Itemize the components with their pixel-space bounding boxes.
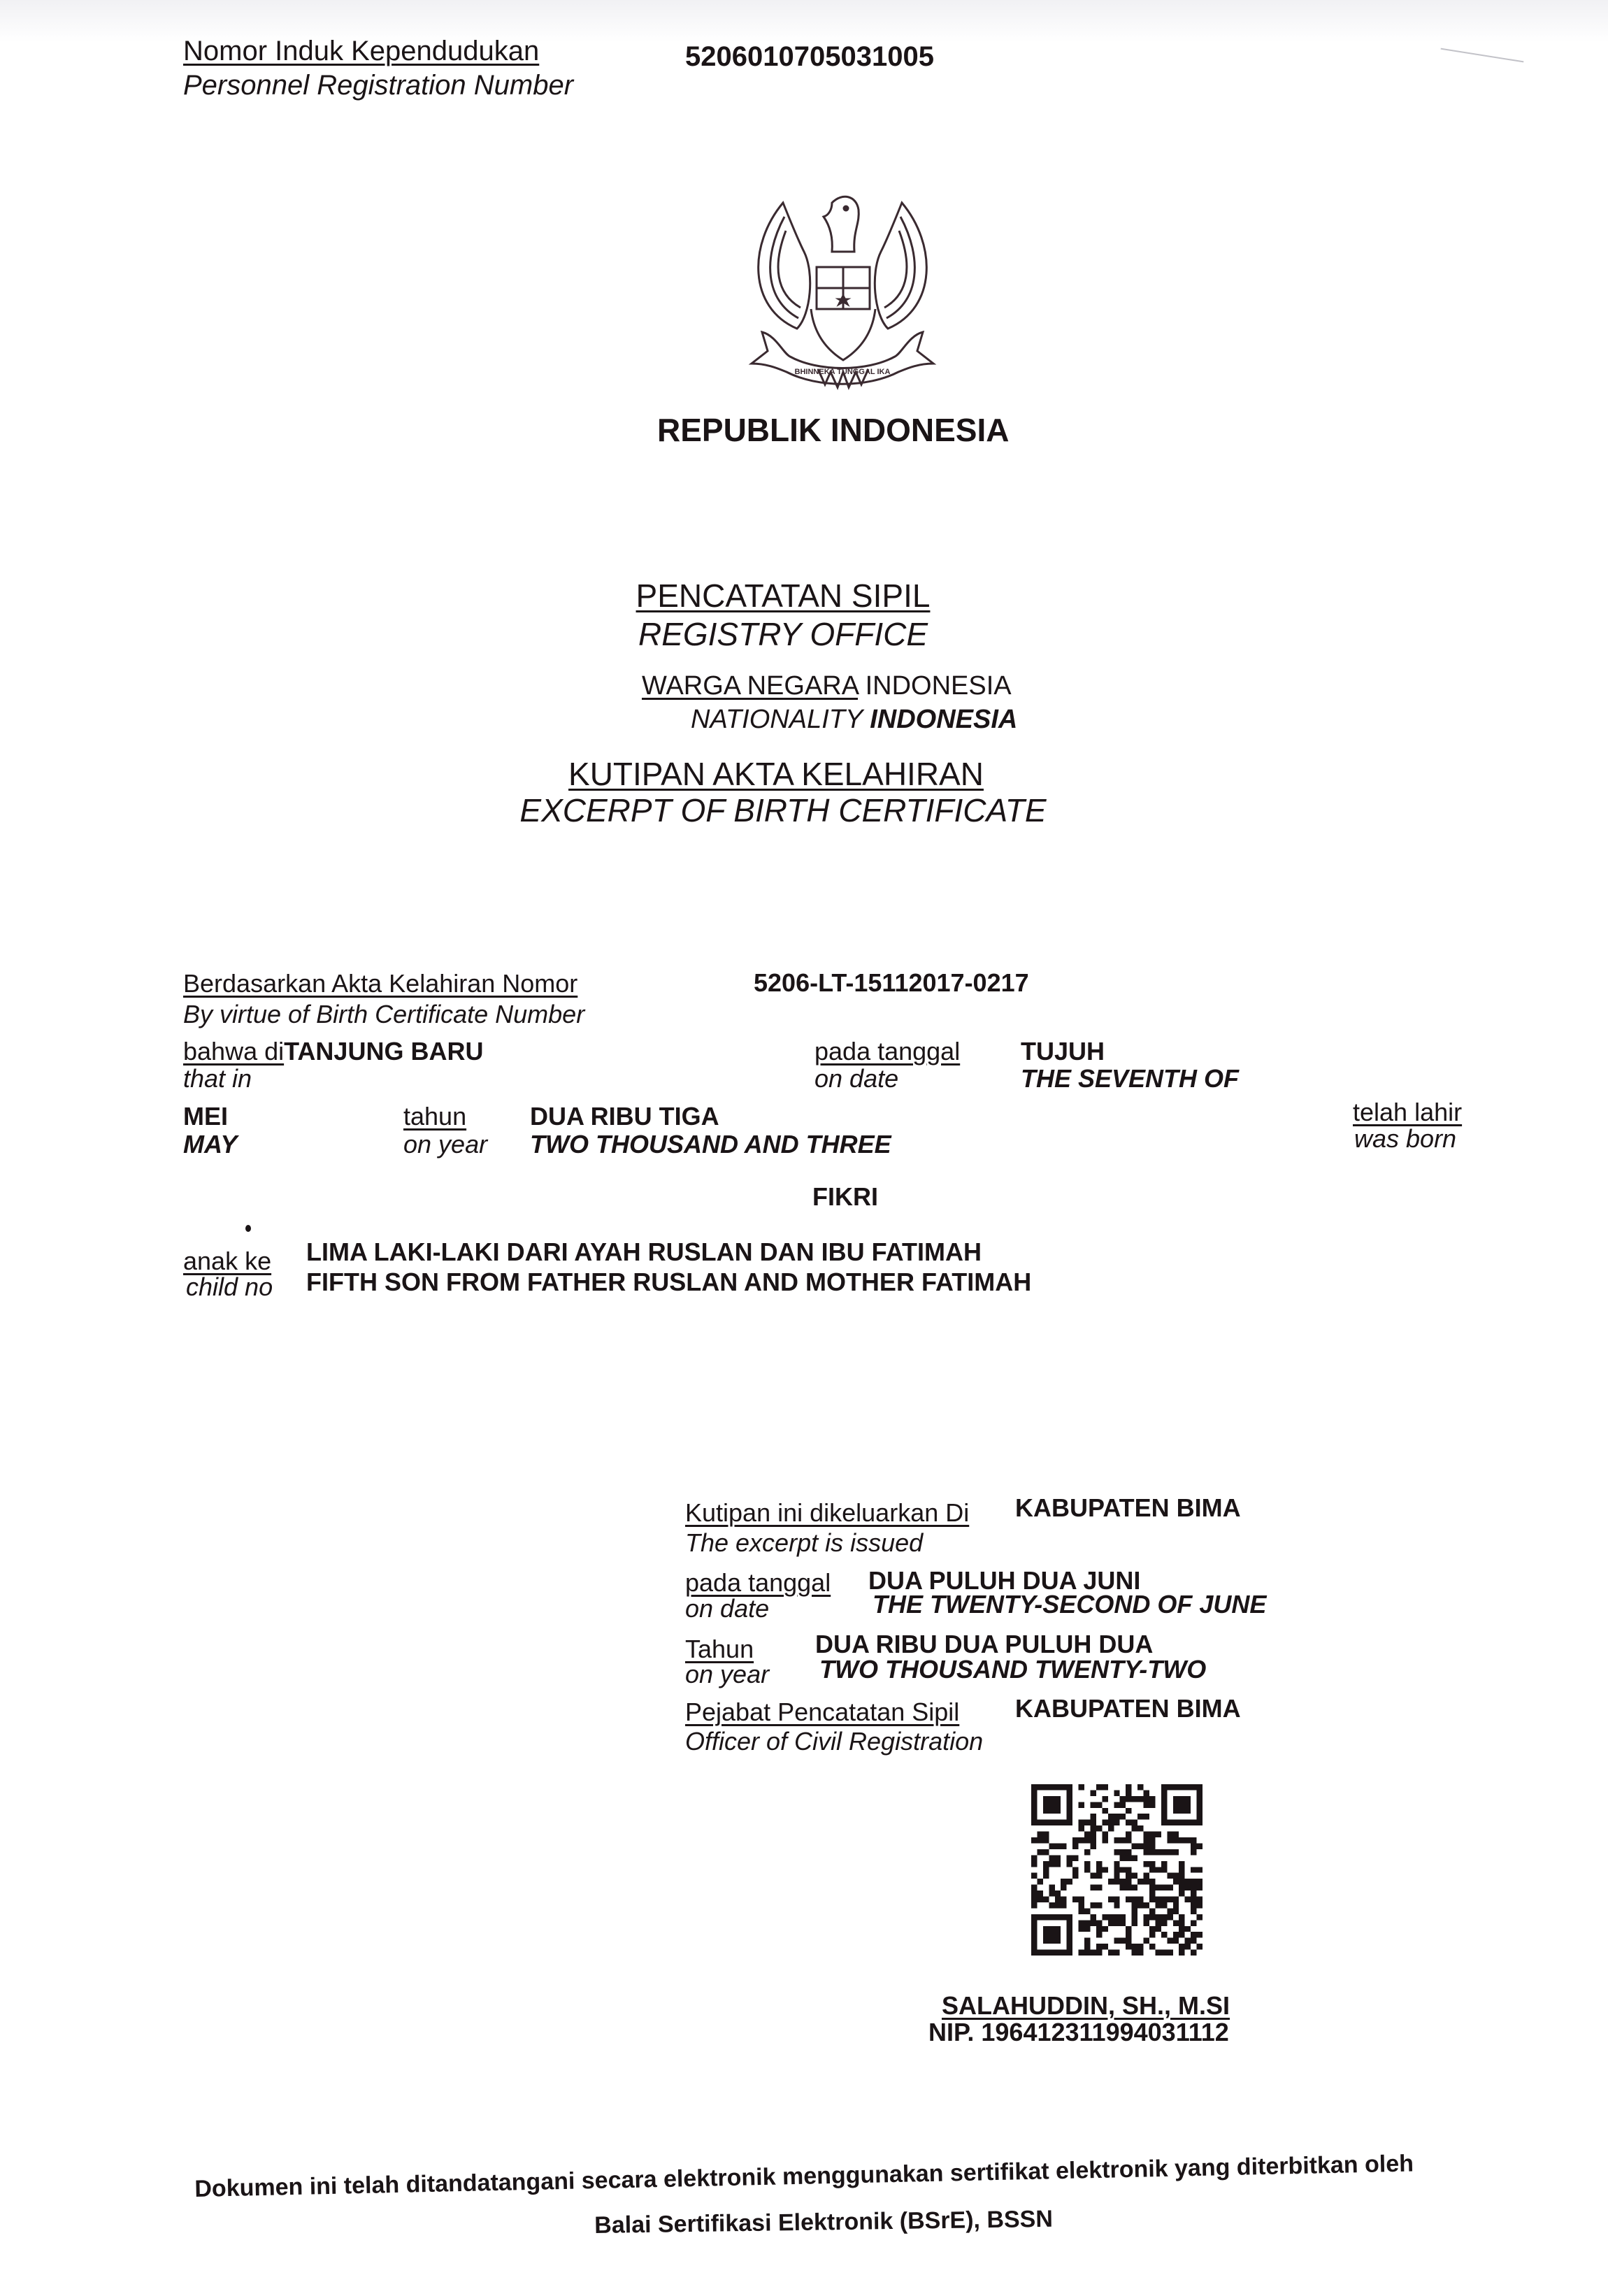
born-label-en: was born (1354, 1126, 1456, 1152)
garuda-pancasila-emblem-icon: BHINNEKA TUNGGAL IKA (734, 189, 951, 406)
birth-year-label-en: on year (403, 1131, 487, 1158)
child-order-label: anak ke (183, 1248, 271, 1275)
qr-code-icon[interactable] (1031, 1784, 1203, 1956)
born-label: telah lahir (1353, 1099, 1462, 1126)
birth-month-value: MEI (183, 1103, 228, 1130)
cert-number-value: 5206-LT-15112017-0217 (754, 970, 1029, 996)
officer-label: Pejabat Pencatatan Sipil (685, 1699, 959, 1725)
issued-year-label-en: on year (685, 1661, 769, 1688)
issued-date-label-en: on date (685, 1595, 769, 1622)
birthplace-label-en: that in (183, 1066, 252, 1092)
officer-label-en: Officer of Civil Registration (685, 1728, 983, 1755)
issued-year-value: DUA RIBU DUA PULUH DUA (815, 1631, 1153, 1658)
birth-year-label: tahun (403, 1103, 466, 1130)
issued-year-value-en: TWO THOUSAND TWENTY-TWO (819, 1656, 1206, 1683)
child-order-value-en: FIFTH SON FROM FATHER RUSLAN AND MOTHER … (306, 1269, 1031, 1296)
country-title: REPUBLIK INDONESIA (657, 411, 1009, 449)
nationality-row: WARGA NEGARA INDONESIA (642, 671, 1012, 701)
nik-label-en: Personnel Registration Number (183, 71, 573, 100)
nationality-label: WARGA NEGARA (642, 671, 858, 701)
birthplace-value: TANJUNG BARU (284, 1037, 483, 1066)
cert-number-label-en: By virtue of Birth Certificate Number (183, 1001, 584, 1028)
child-order-value: LIMA LAKI-LAKI DARI AYAH RUSLAN DAN IBU … (306, 1239, 982, 1265)
birthdate-label-en: on date (814, 1066, 898, 1092)
document-title-en: EXCERPT OF BIRTH CERTIFICATE (0, 791, 1587, 829)
child-name: FIKRI (812, 1184, 878, 1210)
ink-dot (245, 1225, 251, 1232)
birthplace-row: bahwa diTANJUNG BARU (183, 1038, 483, 1065)
birth-year-value: DUA RIBU TIGA (530, 1103, 719, 1130)
nationality-value: INDONESIA (866, 671, 1012, 701)
issued-place-value: KABUPATEN BIMA (1015, 1495, 1241, 1521)
birth-year-value-en: TWO THOUSAND AND THREE (530, 1131, 891, 1158)
nik-value: 5206010705031005 (685, 42, 934, 71)
office-title-en: REGISTRY OFFICE (0, 615, 1587, 653)
office-title: PENCATATAN SIPIL (0, 577, 1587, 615)
birthplace-label: bahwa di (183, 1037, 284, 1066)
svg-text:BHINNEKA TUNGGAL IKA: BHINNEKA TUNGGAL IKA (795, 368, 891, 376)
birth-day-value-en: THE SEVENTH OF (1021, 1066, 1239, 1092)
esign-notice-line2: Balai Sertifikasi Elektronik (BSrE), BSS… (594, 2206, 1053, 2239)
document-title: KUTIPAN AKTA KELAHIRAN (0, 755, 1580, 793)
issued-date-label: pada tanggal (685, 1570, 831, 1596)
child-order-label-en: child no (186, 1274, 273, 1300)
nationality-row-en: NATIONALITY INDONESIA (691, 705, 1017, 735)
esign-notice-line1: Dokumen ini telah ditandatangani secara … (194, 2150, 1414, 2203)
birthdate-label: pada tanggal (814, 1038, 960, 1065)
issued-place-label-en: The excerpt is issued (685, 1530, 923, 1556)
officer-value: KABUPATEN BIMA (1015, 1695, 1241, 1722)
birth-day-value: TUJUH (1021, 1038, 1105, 1065)
nationality-value-en: INDONESIA (870, 705, 1017, 734)
issued-date-value-en: THE TWENTY-SECOND OF JUNE (873, 1591, 1266, 1618)
officer-name: SALAHUDDIN, SH., M.SI (942, 1993, 1230, 2019)
nationality-label-en: NATIONALITY (691, 705, 863, 734)
officer-nip: NIP. 196412311994031112 (928, 2019, 1229, 2046)
issued-year-label: Tahun (685, 1636, 754, 1663)
issued-place-label: Kutipan ini dikeluarkan Di (685, 1500, 969, 1526)
cert-number-label: Berdasarkan Akta Kelahiran Nomor (183, 970, 577, 997)
paper-crease (1441, 48, 1524, 63)
nik-label: Nomor Induk Kependudukan (183, 36, 539, 66)
birth-month-value-en: MAY (183, 1131, 237, 1158)
